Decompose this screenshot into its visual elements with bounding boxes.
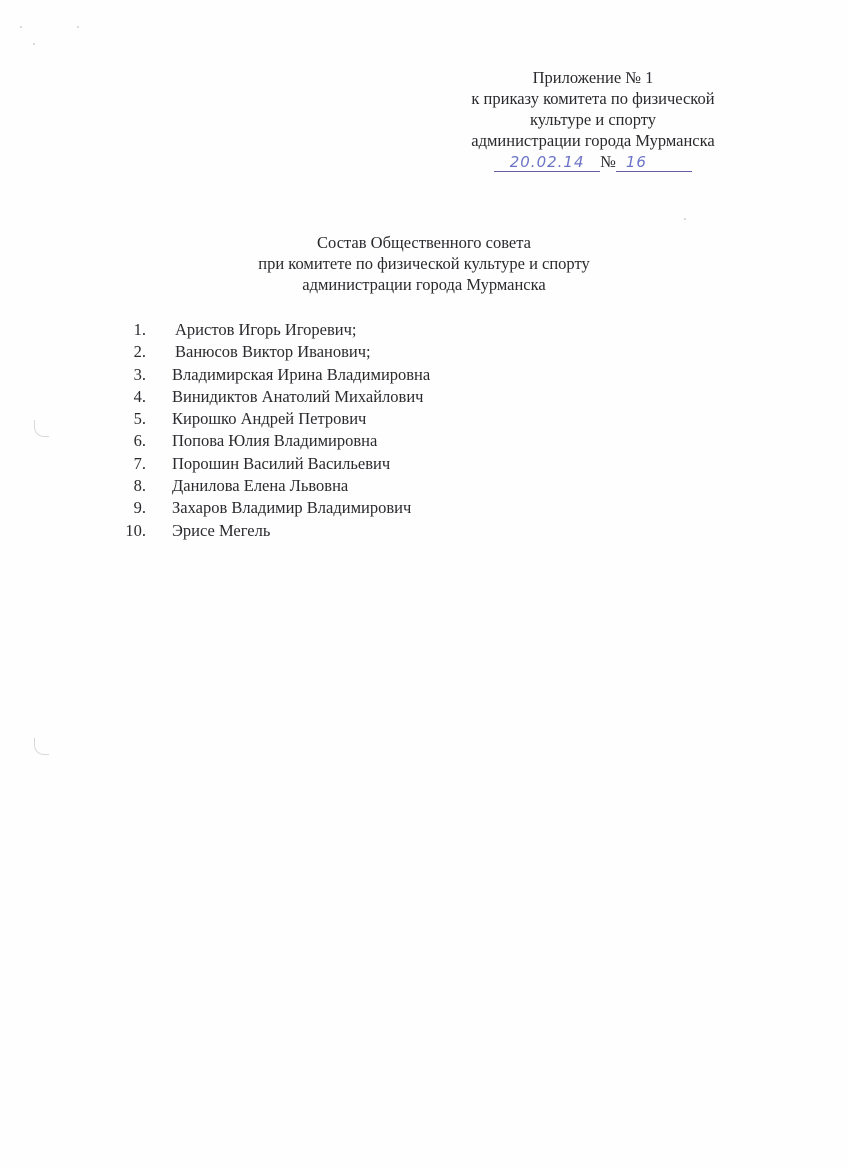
scan-speck	[33, 43, 35, 45]
scan-speck	[684, 218, 686, 220]
member-name: Эрисе Мегель	[172, 520, 270, 542]
order-number-handwritten: 16	[626, 153, 647, 171]
appendix-line-1: Приложение № 1	[430, 67, 756, 88]
item-number: 4.	[110, 386, 146, 408]
document-title: Состав Общественного совета при комитете…	[0, 232, 848, 295]
scan-speck	[77, 26, 79, 28]
member-name: Захаров Владимир Владимирович	[172, 497, 411, 519]
scanned-document-page: Приложение № 1 к приказу комитета по физ…	[0, 0, 848, 1168]
title-line-3: администрации города Мурманска	[0, 274, 848, 295]
member-name: Кирошко Андрей Петрович	[172, 408, 366, 430]
hole-punch-mark	[34, 420, 49, 437]
item-number: 1.	[110, 319, 146, 341]
member-name: Данилова Елена Львовна	[172, 475, 348, 497]
item-number: 9.	[110, 497, 146, 519]
title-line-2: при комитете по физической культуре и сп…	[0, 253, 848, 274]
order-date-handwritten: 20.02.14	[510, 153, 585, 171]
appendix-line-2: к приказу комитета по физической	[430, 88, 756, 109]
appendix-header: Приложение № 1 к приказу комитета по физ…	[430, 67, 756, 173]
item-number: 8.	[110, 475, 146, 497]
order-date-field: 20.02.14	[494, 153, 600, 172]
appendix-line-4: администрации города Мурманска	[430, 130, 756, 151]
order-number-field: 16	[616, 153, 692, 172]
member-name: Владимирская Ирина Владимировна	[172, 364, 430, 386]
item-number: 6.	[110, 430, 146, 452]
number-sign: №	[600, 152, 616, 171]
item-number: 5.	[110, 408, 146, 430]
appendix-line-3: культуре и спорту	[430, 109, 756, 130]
member-name: Винидиктов Анатолий Михайлович	[172, 386, 423, 408]
item-number: 3.	[110, 364, 146, 386]
hole-punch-mark	[34, 738, 49, 755]
title-line-1: Состав Общественного совета	[0, 232, 848, 253]
member-name: Попова Юлия Владимировна	[172, 430, 377, 452]
item-number: 2.	[110, 341, 146, 363]
member-name: Аристов Игорь Игоревич;	[175, 319, 357, 341]
member-name: Ванюсов Виктор Иванович;	[175, 341, 371, 363]
item-number: 7.	[110, 453, 146, 475]
order-date-number-line: 20.02.14№16	[430, 151, 756, 173]
item-number: 10.	[110, 520, 146, 542]
member-name: Порошин Василий Васильевич	[172, 453, 390, 475]
scan-speck	[20, 26, 22, 28]
